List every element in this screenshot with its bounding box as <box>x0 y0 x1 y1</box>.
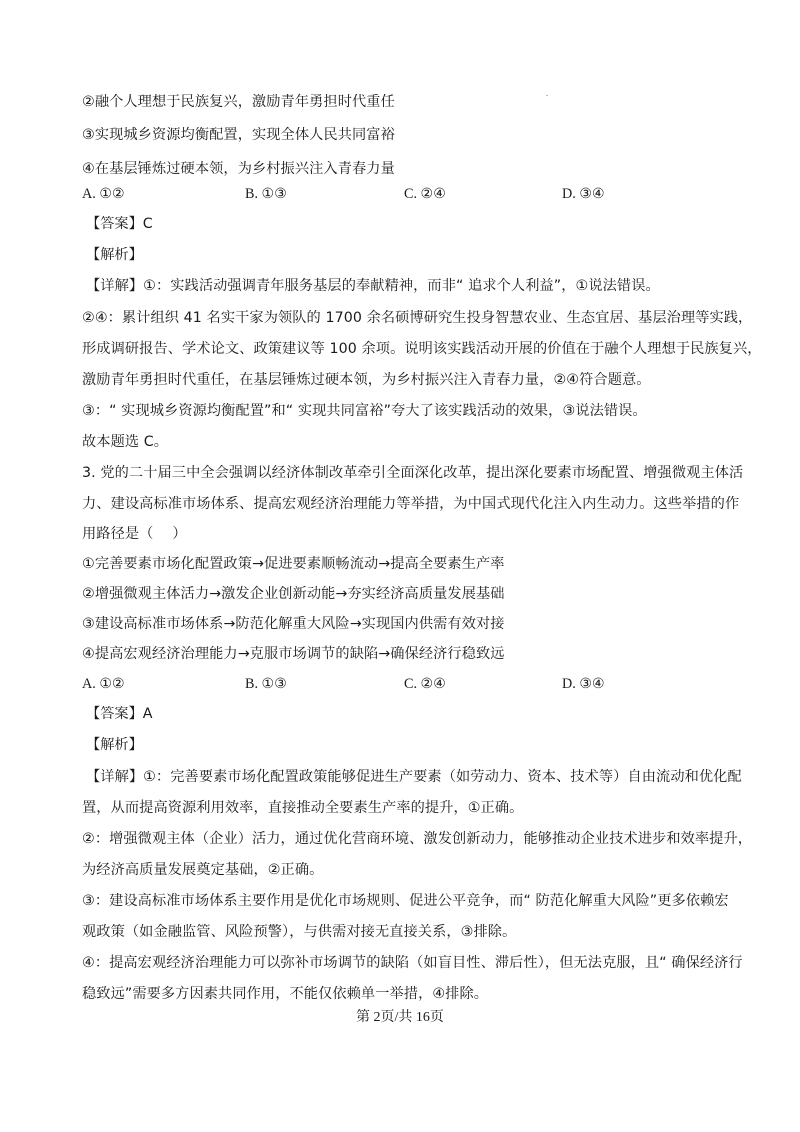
q3-option-c: C. ②④ <box>404 674 446 694</box>
q2-explanation-line: ③：“ 实现城乡资源均衡配置”和“ 实现共同富裕”夸大了该实践活动的效果，③说法… <box>82 401 647 421</box>
q3-option-d: D. ③④ <box>562 674 605 694</box>
q2-option-d: D. ③④ <box>562 184 605 204</box>
q3-explanation-line: 置，从而提高资源利用效率，直接推动全要素生产率的提升，①正确。 <box>82 798 523 818</box>
q3-explanation-line: ④：提高宏观经济治理能力可以弥补市场调节的缺陷（如盲目性、滞后性），但无法克服，… <box>82 953 743 973</box>
q2-explanation-line: 【详解】①：实践活动强调青年服务基层的奉献精神，而非“ 追求个人利益”，①说法错… <box>86 276 660 296</box>
q3-answer: 【答案】A <box>86 704 152 724</box>
q3-statement-4: ④提高宏观经济治理能力→克服市场调节的缺陷→确保经济行稳致远 <box>82 644 505 664</box>
q2-conclusion: 故本题选 C。 <box>82 432 168 452</box>
q2-explanation-line: 形成调研报告、学术论文、政策建议等 100 余项。说明该实践活动开展的价值在于融… <box>82 339 762 359</box>
q2-analysis-label: 【解析】 <box>86 245 143 265</box>
q3-stem-line: 力、建设高标准市场体系、提高宏观经济治理能力等举措，为中国式现代化注入内生动力。… <box>82 494 739 514</box>
q3-explanation-line: 【详解】①：完善要素市场化配置政策能够促进生产要素（如劳动力、资本、技术等）自由… <box>86 767 742 787</box>
q3-statement-3: ③建设高标准市场体系→防范化解重大风险→实现国内供需有效对接 <box>82 614 505 634</box>
page-number: 第 2页/共 16页 <box>0 1008 800 1028</box>
q2-answer: 【答案】C <box>86 214 153 234</box>
q2-explanation-line: 激励青年勇担时代重任，在基层锤炼过硬本领，为乡村振兴注入青春力量，②④符合题意。 <box>82 370 651 390</box>
q2-statement-3: ③实现城乡资源均衡配置，实现全体人民共同富裕 <box>82 125 395 145</box>
q3-explanation-line: 为经济高质量发展奠定基础，②正确。 <box>82 860 323 880</box>
q3-analysis-label: 【解析】 <box>86 735 143 755</box>
q2-explanation-line: ②④：累计组织 41 名实干家为领队的 1700 余名硕博研究生投身智慧农业、生… <box>82 308 752 328</box>
q3-explanation-line: ③：建设高标准市场体系主要作用是优化市场规则、促进公平竞争，而“ 防范化解重大风… <box>82 891 729 911</box>
q2-statement-2: ②融个人理想于民族复兴，激励青年勇担时代重任 <box>82 92 395 112</box>
q3-statement-2: ②增强微观主体活力→激发企业创新动能→夯实经济高质量发展基础 <box>82 584 505 604</box>
q3-option-b: B. ①③ <box>245 674 287 694</box>
q3-explanation-line: 稳致远”需要多方因素共同作用，不能仅依赖单一举措，④排除。 <box>82 984 488 1004</box>
q3-stem-line: 用路径是（ ） <box>82 524 187 544</box>
q3-explanation-line: 观政策（如金融监管、风险预警），与供需对接无直接关系，③排除。 <box>82 922 516 942</box>
q2-option-c: C. ②④ <box>404 184 446 204</box>
q2-option-b: B. ①③ <box>245 184 287 204</box>
q2-option-a: A. ①② <box>82 184 125 204</box>
q3-explanation-line: ②：增强微观主体（企业）活力，通过优化营商环境、激发创新动力，能够推动企业技术进… <box>82 829 752 849</box>
q3-stem-line: 3. 党的二十届三中全会强调以经济体制改革牵引全面深化改革，提出深化要素市场配置… <box>82 463 743 483</box>
q3-statement-1: ①完善要素市场化配置政策→促进要素顺畅流动→提高全要素生产率 <box>82 554 505 574</box>
q2-statement-4: ④在基层锤炼过硬本领，为乡村振兴注入青春力量 <box>82 159 395 179</box>
q3-option-a: A. ①② <box>82 674 125 694</box>
scan-speck <box>546 95 548 96</box>
